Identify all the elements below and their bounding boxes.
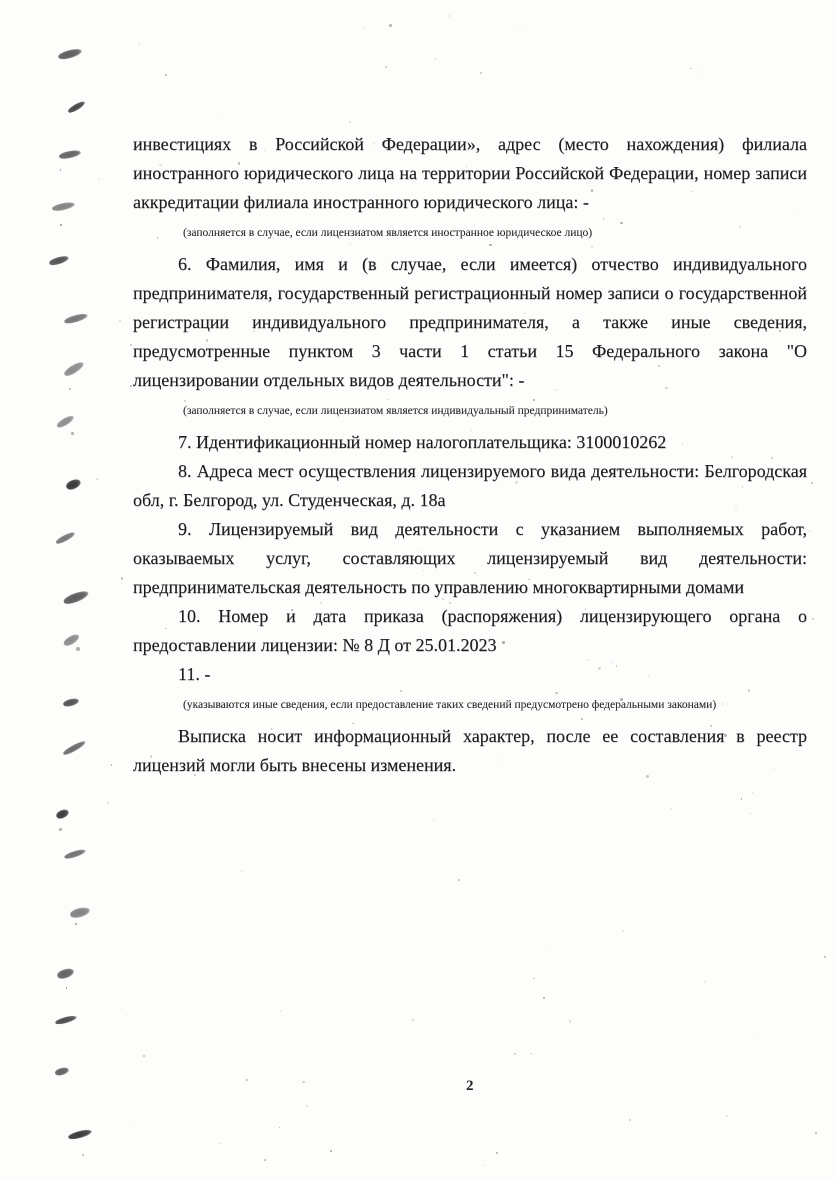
noise-speck [811, 482, 813, 484]
noise-speck [469, 1074, 470, 1075]
noise-speck [519, 24, 521, 26]
noise-speck [132, 1121, 134, 1123]
noise-speck [219, 1143, 220, 1144]
binding-speck [59, 828, 61, 830]
noise-speck [550, 946, 551, 947]
document-page: инвестициях в Российской Федерации», адр… [0, 0, 836, 1180]
noise-speck [412, 1019, 414, 1021]
binding-hole-mark [55, 414, 75, 430]
noise-speck [514, 1053, 516, 1055]
paragraph-note: (заполняется в случае, если лицензиатом … [133, 404, 807, 419]
noise-speck [143, 1055, 145, 1057]
document-content: инвестициях в Российской Федерации», адр… [133, 130, 807, 780]
binding-hole-mark [54, 1066, 69, 1077]
noise-speck [484, 1165, 485, 1166]
paragraph-body: Выписка носит информационный характер, п… [133, 722, 807, 780]
noise-speck [543, 997, 545, 999]
noise-speck [629, 1119, 631, 1121]
binding-hole-mark [52, 201, 76, 213]
paragraph-body: 11. - [133, 660, 807, 689]
paragraph-note: (заполняется в случае, если лицензиатом … [133, 226, 807, 241]
binding-speck [75, 923, 77, 925]
binding-speck [60, 169, 62, 171]
noise-speck [121, 577, 123, 579]
binding-speck [82, 1154, 84, 1156]
noise-speck [98, 178, 100, 180]
noise-speck [410, 54, 411, 55]
noise-speck [622, 930, 624, 932]
noise-speck [533, 978, 535, 980]
noise-speck [306, 1105, 308, 1107]
binding-hole-mark [62, 360, 85, 378]
binding-speck [76, 647, 79, 650]
noise-speck [757, 1035, 758, 1036]
binding-hole-mark [62, 632, 81, 648]
noise-speck [121, 1009, 122, 1010]
binding-hole-mark [64, 312, 89, 326]
binding-hole-mark [68, 1128, 92, 1141]
noise-speck [690, 68, 692, 70]
noise-speck [264, 1159, 266, 1161]
noise-speck [241, 870, 243, 872]
binding-hole-mark [65, 478, 82, 492]
paragraph-body: 8. Адреса мест осуществления лицензируем… [133, 457, 807, 515]
binding-hole-mark [55, 531, 76, 546]
noise-speck [752, 792, 754, 794]
noise-speck [96, 478, 98, 480]
paragraph-body: 10. Номер и дата приказа (распоряжения) … [133, 602, 807, 660]
noise-speck [433, 820, 434, 821]
binding-speck [69, 388, 71, 390]
binding-hole-mark [63, 589, 90, 606]
noise-speck [699, 71, 700, 72]
noise-speck [812, 618, 814, 620]
noise-speck [389, 24, 392, 27]
noise-speck [349, 121, 351, 123]
noise-speck [569, 1020, 571, 1022]
noise-speck [165, 1065, 166, 1066]
noise-speck [364, 28, 365, 29]
binding-speck [71, 432, 74, 435]
noise-speck [548, 841, 550, 843]
binding-hole-mark [56, 966, 75, 980]
noise-speck [280, 1010, 282, 1012]
binding-hole-mark [48, 254, 70, 267]
noise-speck [670, 808, 672, 810]
paragraph-body: 9. Лицензируемый вид деятельности с указ… [133, 515, 807, 602]
noise-speck [218, 119, 219, 120]
noise-speck [741, 798, 742, 799]
noise-speck [330, 1150, 332, 1152]
noise-speck [530, 1053, 532, 1055]
paragraph-note: (указываются иные сведения, если предост… [133, 698, 807, 713]
noise-speck [107, 802, 109, 804]
noise-speck [111, 764, 113, 766]
noise-speck [165, 74, 166, 75]
binding-hole-mark [58, 149, 81, 161]
noise-speck [726, 1115, 728, 1117]
noise-speck [279, 1127, 280, 1128]
paragraph-body: 7. Идентификационный номер налогоплатель… [133, 428, 807, 457]
paragraph-body: 6. Фамилия, имя и (в случае, если имеетс… [133, 250, 807, 395]
binding-hole-mark [62, 740, 86, 758]
noise-speck [715, 871, 716, 872]
noise-speck [138, 44, 139, 45]
noise-speck [458, 879, 460, 881]
noise-speck [435, 58, 437, 60]
noise-speck [119, 320, 121, 322]
binding-speck [60, 224, 62, 226]
noise-speck [496, 1152, 498, 1154]
binding-hole-mark [55, 1014, 77, 1026]
binding-hole-mark [63, 847, 86, 860]
noise-speck [824, 956, 826, 958]
binding-speck [66, 987, 68, 989]
noise-speck [447, 15, 449, 17]
page-number: 2 [133, 1078, 807, 1095]
noise-speck [370, 849, 371, 850]
binding-hole-mark [69, 905, 91, 919]
binding-hole-mark [63, 697, 80, 708]
noise-speck [130, 344, 132, 346]
noise-speck [385, 66, 386, 67]
noise-speck [704, 981, 706, 983]
binding-hole-mark [55, 807, 70, 820]
noise-speck [750, 813, 751, 814]
noise-speck [480, 72, 482, 74]
paragraph-body: инвестициях в Российской Федерации», адр… [133, 130, 807, 217]
noise-speck [754, 904, 755, 905]
binding-hole-mark [57, 46, 82, 60]
noise-speck [130, 385, 132, 387]
binding-hole-mark [67, 99, 86, 114]
noise-speck [809, 530, 811, 532]
noise-speck [815, 1132, 817, 1134]
